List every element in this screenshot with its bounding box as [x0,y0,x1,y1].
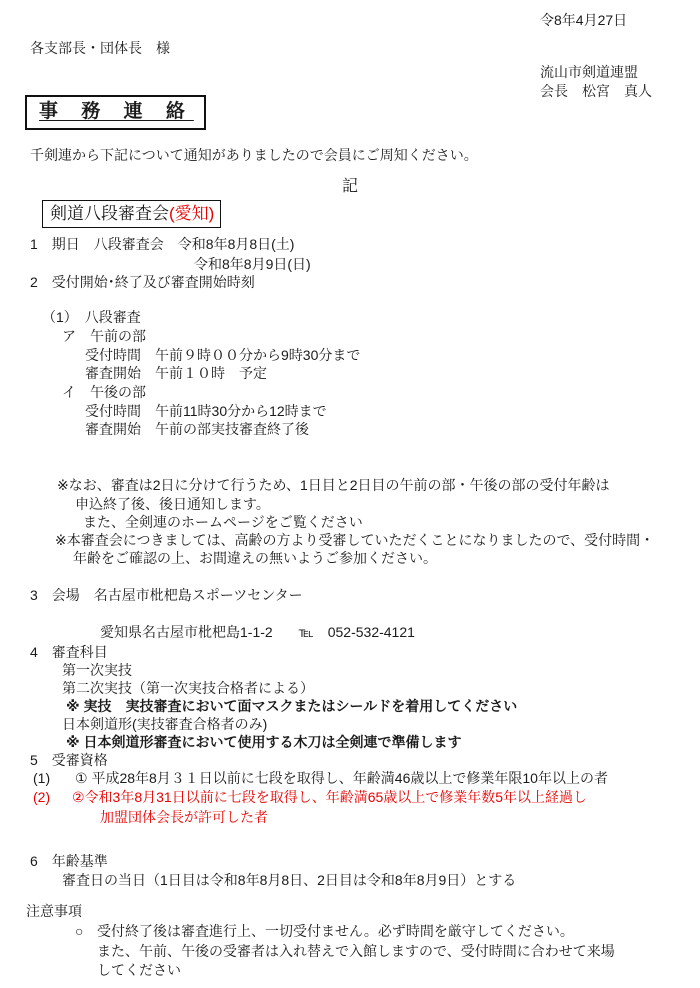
sender-org: 流山市剣道連盟 [540,64,638,82]
s4-line3: 日本剣道形(実技審査合格者のみ) [62,716,267,734]
s2-heading: 2 受付開始･終了及び審査開始時刻 [30,274,255,292]
s2-note1-line2: 申込終了後、後日通知します。 [75,496,270,514]
s5-item2-text: ②令和3年8月31日以前に七段を取得し、年齢満65歳以上で修業年数5年以上経過し [72,789,587,807]
subject-box: 剣道八段審査会(愛知) [42,200,221,228]
issue-date: 令8年4月27日 [540,12,627,30]
s4-line2: 第二次実技（第一次実技合格者による） [62,680,314,698]
notes-line2: また、午前、午後の受審者は入れ替えで入館しますので、受付時間に合わせて来場 [97,943,615,961]
s2-morning-label: ア 午前の部 [62,328,146,346]
intro-line: 千剣連から下記について通知がありましたので会員にご周知ください。 [30,147,478,165]
s3-heading: 3 会場 名古屋市枇杷島スポーツセンター [30,587,303,605]
s2-note2-line1: ※本審査会につきましては、高齢の方より受審していただくことになりましたので、受付… [55,532,654,550]
s5-item1-number: (1) [33,770,50,788]
s2-morning-start: 審査開始 午前１０時 予定 [85,365,267,383]
s2-afternoon-label: イ 午後の部 [62,384,146,402]
s6-line1: 審査日の当日（1日目は令和8年8月8日、2日目は令和8年8月9日）とする [62,872,516,890]
s4-note1: ※ 実技 実技審査において面マスクまたはシールドを着用してください [66,698,517,716]
s4-line1: 第一次実技 [62,662,132,680]
s4-note2: ※ 日本剣道形審査において使用する木刀は全剣連で準備します [66,734,462,752]
record-marker: 記 [0,177,700,197]
sender-president: 会長 松宮 真人 [540,83,652,101]
s1-date2: 令和8年8月9日(日) [194,256,311,274]
notice-title: 事 務 連 絡 [25,95,206,130]
s2-afternoon-start: 審査開始 午前の部実技審査終了後 [85,421,309,439]
venue-phone: 052-532-4121 [328,624,415,640]
s2-morning-reception: 受付時間 午前９時００分から9時30分まで [85,347,360,365]
subject-box-inner: 剣道八段審査会(愛知) [42,200,221,228]
recipient-line: 各支部長・団体長 様 [30,40,170,58]
s2-note1-line1: ※なお、審査は2日に分けて行うため、1日目と2日目の午前の部・午後の部の受付年齢… [57,477,610,495]
s2-sub-heading: （1） 八段審査 [42,309,141,327]
s5-item1-text: ① 平成28年8月３１日以前に七段を取得し、年齢満46歳以上で修業年限10年以上… [75,770,608,788]
s2-note1-line3: また、全剣連のホームページをご覧ください [83,514,363,532]
s1-heading: 1 期日 八段審査会 令和8年8月8日(土) [30,236,294,254]
subject-location: (愛知) [169,204,214,223]
s3-address-line: 愛知県名古屋市枇杷島1-1-2℡052-532-4121 [100,624,415,642]
notes-line1: 受付終了後は審査進行上、一切受付ません。必ず時間を厳守してください。 [97,923,574,941]
tel-icon: ℡ [299,624,314,640]
notes-bullet-icon: ○ [75,923,83,941]
venue-address: 愛知県名古屋市枇杷島1-1-2 [100,624,273,640]
s2-afternoon-reception: 受付時間 午前11時30分から12時まで [85,403,327,421]
s6-heading: 6 年齢基準 [30,853,108,871]
notes-line3: してください [97,962,181,980]
notice-title-box: 事 務 連 絡 [25,95,206,130]
s5-heading: 5 受審資格 [30,752,108,770]
s5-item2-continuation: 加盟団体会長が許可した者 [100,809,268,827]
s2-note2-line2: 年齢をご確認の上、お間違えの無いようご参加ください。 [73,550,437,568]
document-page: 令8年4月27日 各支部長・団体長 様 流山市剣道連盟 会長 松宮 真人 事 務… [0,0,700,988]
subject-title: 剣道八段審査会 [50,204,169,223]
notes-heading: 注意事項 [26,903,82,921]
s5-item2-number: (2) [33,789,50,807]
s4-heading: 4 審査科目 [30,644,108,662]
